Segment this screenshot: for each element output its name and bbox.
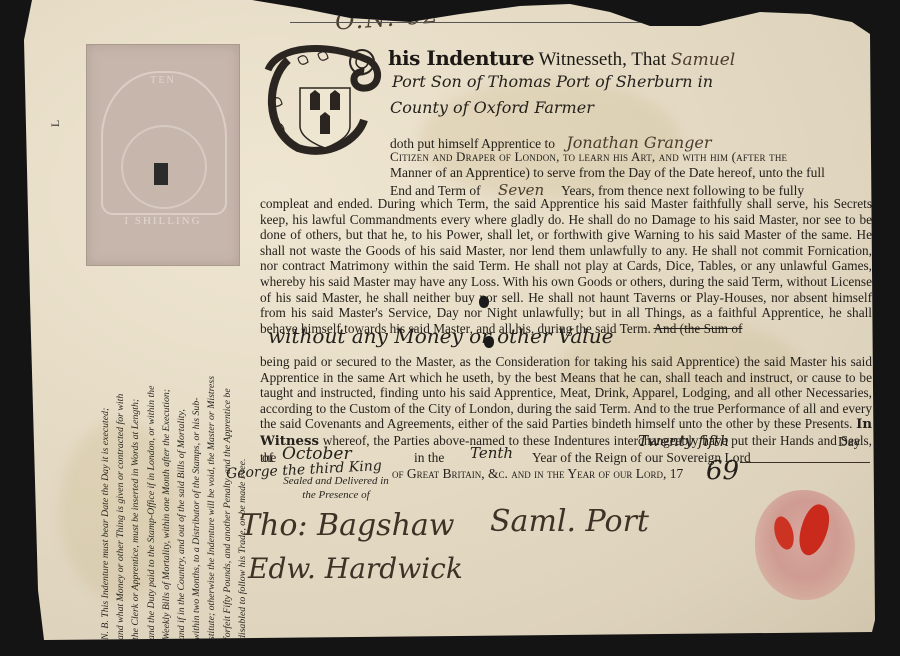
day-handwritten: Twenty fifth (638, 432, 729, 450)
revenue-stamp: TEN I SHILLING (86, 44, 240, 266)
sealed-delivered-label: Sealed and Delivered in the Presence of (266, 474, 406, 502)
margin-mark: L (48, 120, 63, 127)
nb-line: and if in the Country, and out of the sa… (174, 295, 189, 640)
in-the-label: in the (414, 450, 444, 466)
covenants-text: compleat and ended. During which Term, t… (260, 196, 872, 336)
covenants-paragraph: compleat and ended. During which Term, t… (260, 196, 872, 336)
body-line-3: Manner of an Apprentice) to serve from t… (390, 165, 825, 181)
document-heading: his Indenture Witnesseth, That Samuel (388, 46, 735, 71)
handwritten-line-2: County of Oxford Farmer (390, 98, 594, 117)
wax-fragment (793, 501, 835, 559)
year-handwritten: 69 (706, 456, 739, 486)
regnal-year-handwritten: Tenth (470, 444, 513, 462)
witness-signature-1: Tho: Bagshaw (240, 508, 454, 543)
decorated-initial-t-icon (258, 40, 386, 158)
nb-line: stitute; otherwise the Indenture will be… (204, 295, 219, 640)
apprentice-first-name: Samuel (671, 50, 735, 70)
day-label: Day (838, 434, 861, 450)
wax-seal (755, 490, 855, 600)
stamp-denomination: I SHILLING (87, 215, 239, 227)
sealed-line-2: the Presence of (266, 488, 406, 502)
nb-line: and the Duty paid to the Stamp-Office if… (144, 295, 159, 640)
sealed-line-1: Sealed and Delivered in (266, 474, 406, 488)
paper-hole (484, 336, 494, 348)
witness-signature-2: Edw. Hardwick (248, 552, 463, 585)
great-britain-text: of Great Britain, &c. and in the Year of… (392, 466, 683, 482)
stamp-lead-tag (154, 163, 168, 185)
handwritten-line-1: Port Son of Thomas Port of Sherburn in (392, 72, 713, 91)
wax-fragment (771, 514, 797, 552)
struck-text: And (the Sum of (653, 321, 742, 336)
apprentice-signature: Saml. Port (490, 504, 649, 539)
nb-line: within two Months, to a Distributor of t… (189, 295, 204, 640)
top-rule (290, 22, 650, 23)
heading-blackletter: his Indenture (388, 46, 534, 70)
consideration-text: being paid or secured to the Master, as … (260, 354, 872, 431)
nb-line: N. B. This Indenture must bear Date the … (98, 295, 113, 640)
serial-number: O.N. 62 (334, 0, 441, 35)
heading-rest: Witnesseth, That (538, 49, 666, 70)
nb-line: and what Money or other Thing is given o… (113, 295, 128, 640)
flourish-line (740, 462, 870, 463)
nb-line: Weekly Bills of Mortality, within one Mo… (159, 295, 174, 640)
body-line-2: Citizen and Draper of London, to learn h… (390, 149, 787, 165)
nb-line: the Clerk or Apprentice, must be inserte… (128, 295, 143, 640)
paper-hole (479, 296, 489, 308)
consideration-handwritten: without any Money or other Value (268, 324, 613, 348)
parchment-document: L TEN I SHILLING N. B. This Indenture mu… (0, 0, 900, 656)
